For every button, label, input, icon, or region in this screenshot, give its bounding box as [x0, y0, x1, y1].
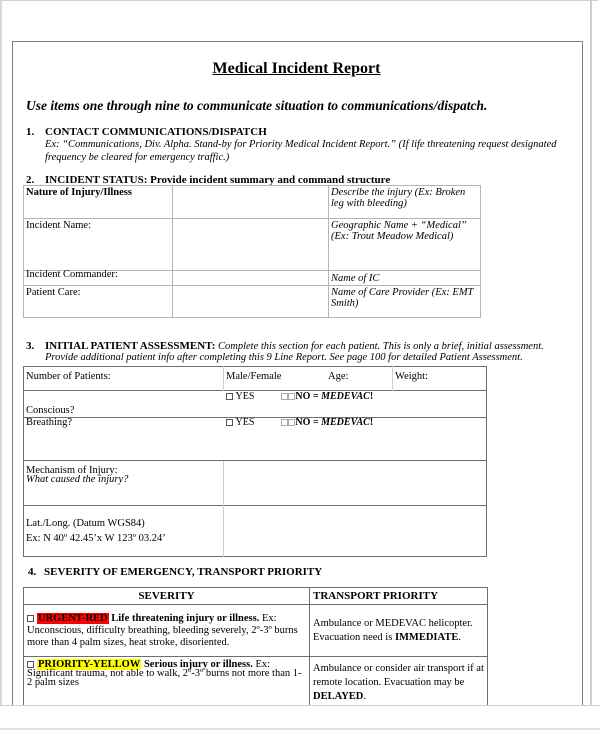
table-row: Mechanism of Injury: What caused the inj… — [24, 461, 487, 506]
conscious-label: Conscious? — [24, 391, 224, 418]
male-female-label: Male/Female — [224, 367, 327, 391]
breathing-no-option[interactable]: NO = MEDEVAC! — [281, 417, 373, 428]
table-row: PRIORITY-YELLOW Serious injury or illnes… — [24, 657, 488, 709]
incident-status-table: Nature of Injury/Illness Describe the in… — [23, 185, 481, 318]
section-3-note-cont: Provide additional patient info after co… — [26, 352, 544, 363]
incident-commander-input[interactable] — [173, 271, 329, 286]
section-heading: INITIAL PATIENT ASSESSMENT: — [45, 340, 215, 352]
immediate-label: IMMEDIATE — [395, 632, 458, 643]
breathing-label: Breathing? — [24, 418, 224, 461]
patient-care-hint: Name of Care Provider (Ex: EMT Smith) — [329, 286, 481, 318]
nature-label: Nature of Injury/Illness — [24, 186, 173, 219]
checkbox-icon[interactable] — [226, 419, 233, 426]
table-row: SEVERITY TRANSPORT PRIORITY — [24, 588, 488, 605]
col-transport: TRANSPORT PRIORITY — [310, 588, 488, 605]
section-4-header: 4.SEVERITY OF EMERGENCY, TRANSPORT PRIOR… — [28, 566, 322, 578]
breathing-yes-option[interactable]: YES — [226, 417, 255, 428]
section-number: 1. — [26, 126, 45, 138]
table-row: Lat./Long. (Datum WGS84) Ex: N 40º 42.45… — [24, 506, 487, 557]
latlong-input[interactable] — [224, 506, 487, 557]
conscious-no-option[interactable]: NO = MEDEVAC! — [281, 391, 373, 402]
mechanism-input[interactable] — [224, 461, 487, 506]
table-row: Number of Patients: Male/Female Age: Wei… — [24, 367, 487, 391]
urgent-red-badge: URGENT-RED — [37, 613, 109, 624]
checkbox-icon[interactable] — [281, 393, 288, 400]
section-number: 4. — [28, 566, 44, 578]
mechanism-cell: Mechanism of Injury: What caused the inj… — [24, 461, 224, 506]
age-label: Age: — [326, 367, 393, 391]
section-1-example: Ex: “Communications, Div. Alpha. Stand-b… — [45, 138, 557, 151]
latlong-cell: Lat./Long. (Datum WGS84) Ex: N 40º 42.45… — [24, 506, 224, 557]
table-row: Patient Care: Name of Care Provider (Ex:… — [24, 286, 481, 318]
table-row: Breathing? YES NO = MEDEVAC! — [24, 418, 487, 461]
conscious-yes-option[interactable]: YES — [226, 391, 255, 402]
severity-urgent-cell[interactable]: URGENT-RED Life threatening injury or il… — [24, 605, 310, 657]
number-of-patients-label: Number of Patients: — [24, 367, 224, 391]
incident-name-label: Incident Name: — [24, 219, 173, 271]
instructions: Use items one through nine to communicat… — [26, 98, 487, 114]
incident-commander-hint: Name of IC — [329, 271, 481, 286]
patient-assessment-table: Number of Patients: Male/Female Age: Wei… — [23, 366, 487, 557]
col-severity: SEVERITY — [24, 588, 310, 605]
latlong-label: Lat./Long. (Datum WGS84) — [26, 516, 221, 531]
checkbox-icon[interactable] — [226, 393, 233, 400]
page-edge — [590, 0, 592, 705]
conscious-options: YES NO = MEDEVAC! — [224, 391, 487, 418]
table-row: Conscious? YES NO = MEDEVAC! — [24, 391, 487, 418]
section-1: 1.CONTACT COMMUNICATIONS/DISPATCH Ex: “C… — [26, 126, 557, 164]
page-bottom-edge — [0, 705, 600, 706]
mechanism-hint: What caused the injury? — [26, 475, 221, 484]
checkbox-icon[interactable] — [27, 615, 34, 622]
table-row: URGENT-RED Life threatening injury or il… — [24, 605, 488, 657]
weight-label: Weight: — [393, 367, 487, 391]
section-heading: SEVERITY OF EMERGENCY, TRANSPORT PRIORIT… — [44, 566, 322, 578]
incident-commander-label: Incident Commander: — [24, 271, 173, 286]
section-heading: CONTACT COMMUNICATIONS/DISPATCH — [45, 126, 267, 138]
section-3-note: Complete this section for each patient. … — [218, 341, 544, 352]
nature-input[interactable] — [173, 186, 329, 219]
incident-name-input[interactable] — [173, 219, 329, 271]
table-row: Incident Name: Geographic Name + “Medica… — [24, 219, 481, 271]
checkbox-icon[interactable] — [281, 419, 288, 426]
severity-priority-cell[interactable]: PRIORITY-YELLOW Serious injury or illnes… — [24, 657, 310, 709]
delayed-label: DELAYED — [313, 691, 363, 702]
section-number: 3. — [26, 340, 45, 352]
patient-care-input[interactable] — [173, 286, 329, 318]
breathing-options: YES NO = MEDEVAC! — [224, 418, 487, 461]
patient-care-label: Patient Care: — [24, 286, 173, 318]
section-3-header: 3.INITIAL PATIENT ASSESSMENT: Complete t… — [26, 340, 544, 363]
incident-name-hint: Geographic Name + “Medical” (Ex: Trout M… — [329, 219, 481, 271]
document-title: Medical Incident Report — [0, 60, 593, 78]
table-row: Nature of Injury/Illness Describe the in… — [24, 186, 481, 219]
section-1-example-cont: frequency be cleared for emergency traff… — [45, 151, 557, 164]
nature-hint: Describe the injury (Ex: Broken leg with… — [329, 186, 481, 219]
transport-immediate-cell: Ambulance or MEDEVAC helicopter. Evacuat… — [310, 605, 488, 657]
transport-delayed-cell: Ambulance or consider air transport if a… — [310, 657, 488, 709]
page-cutoff — [0, 706, 600, 730]
latlong-example: Ex: N 40º 42.45’x W 123º 03.24’ — [26, 531, 221, 546]
table-row: Incident Commander: Name of IC — [24, 271, 481, 286]
